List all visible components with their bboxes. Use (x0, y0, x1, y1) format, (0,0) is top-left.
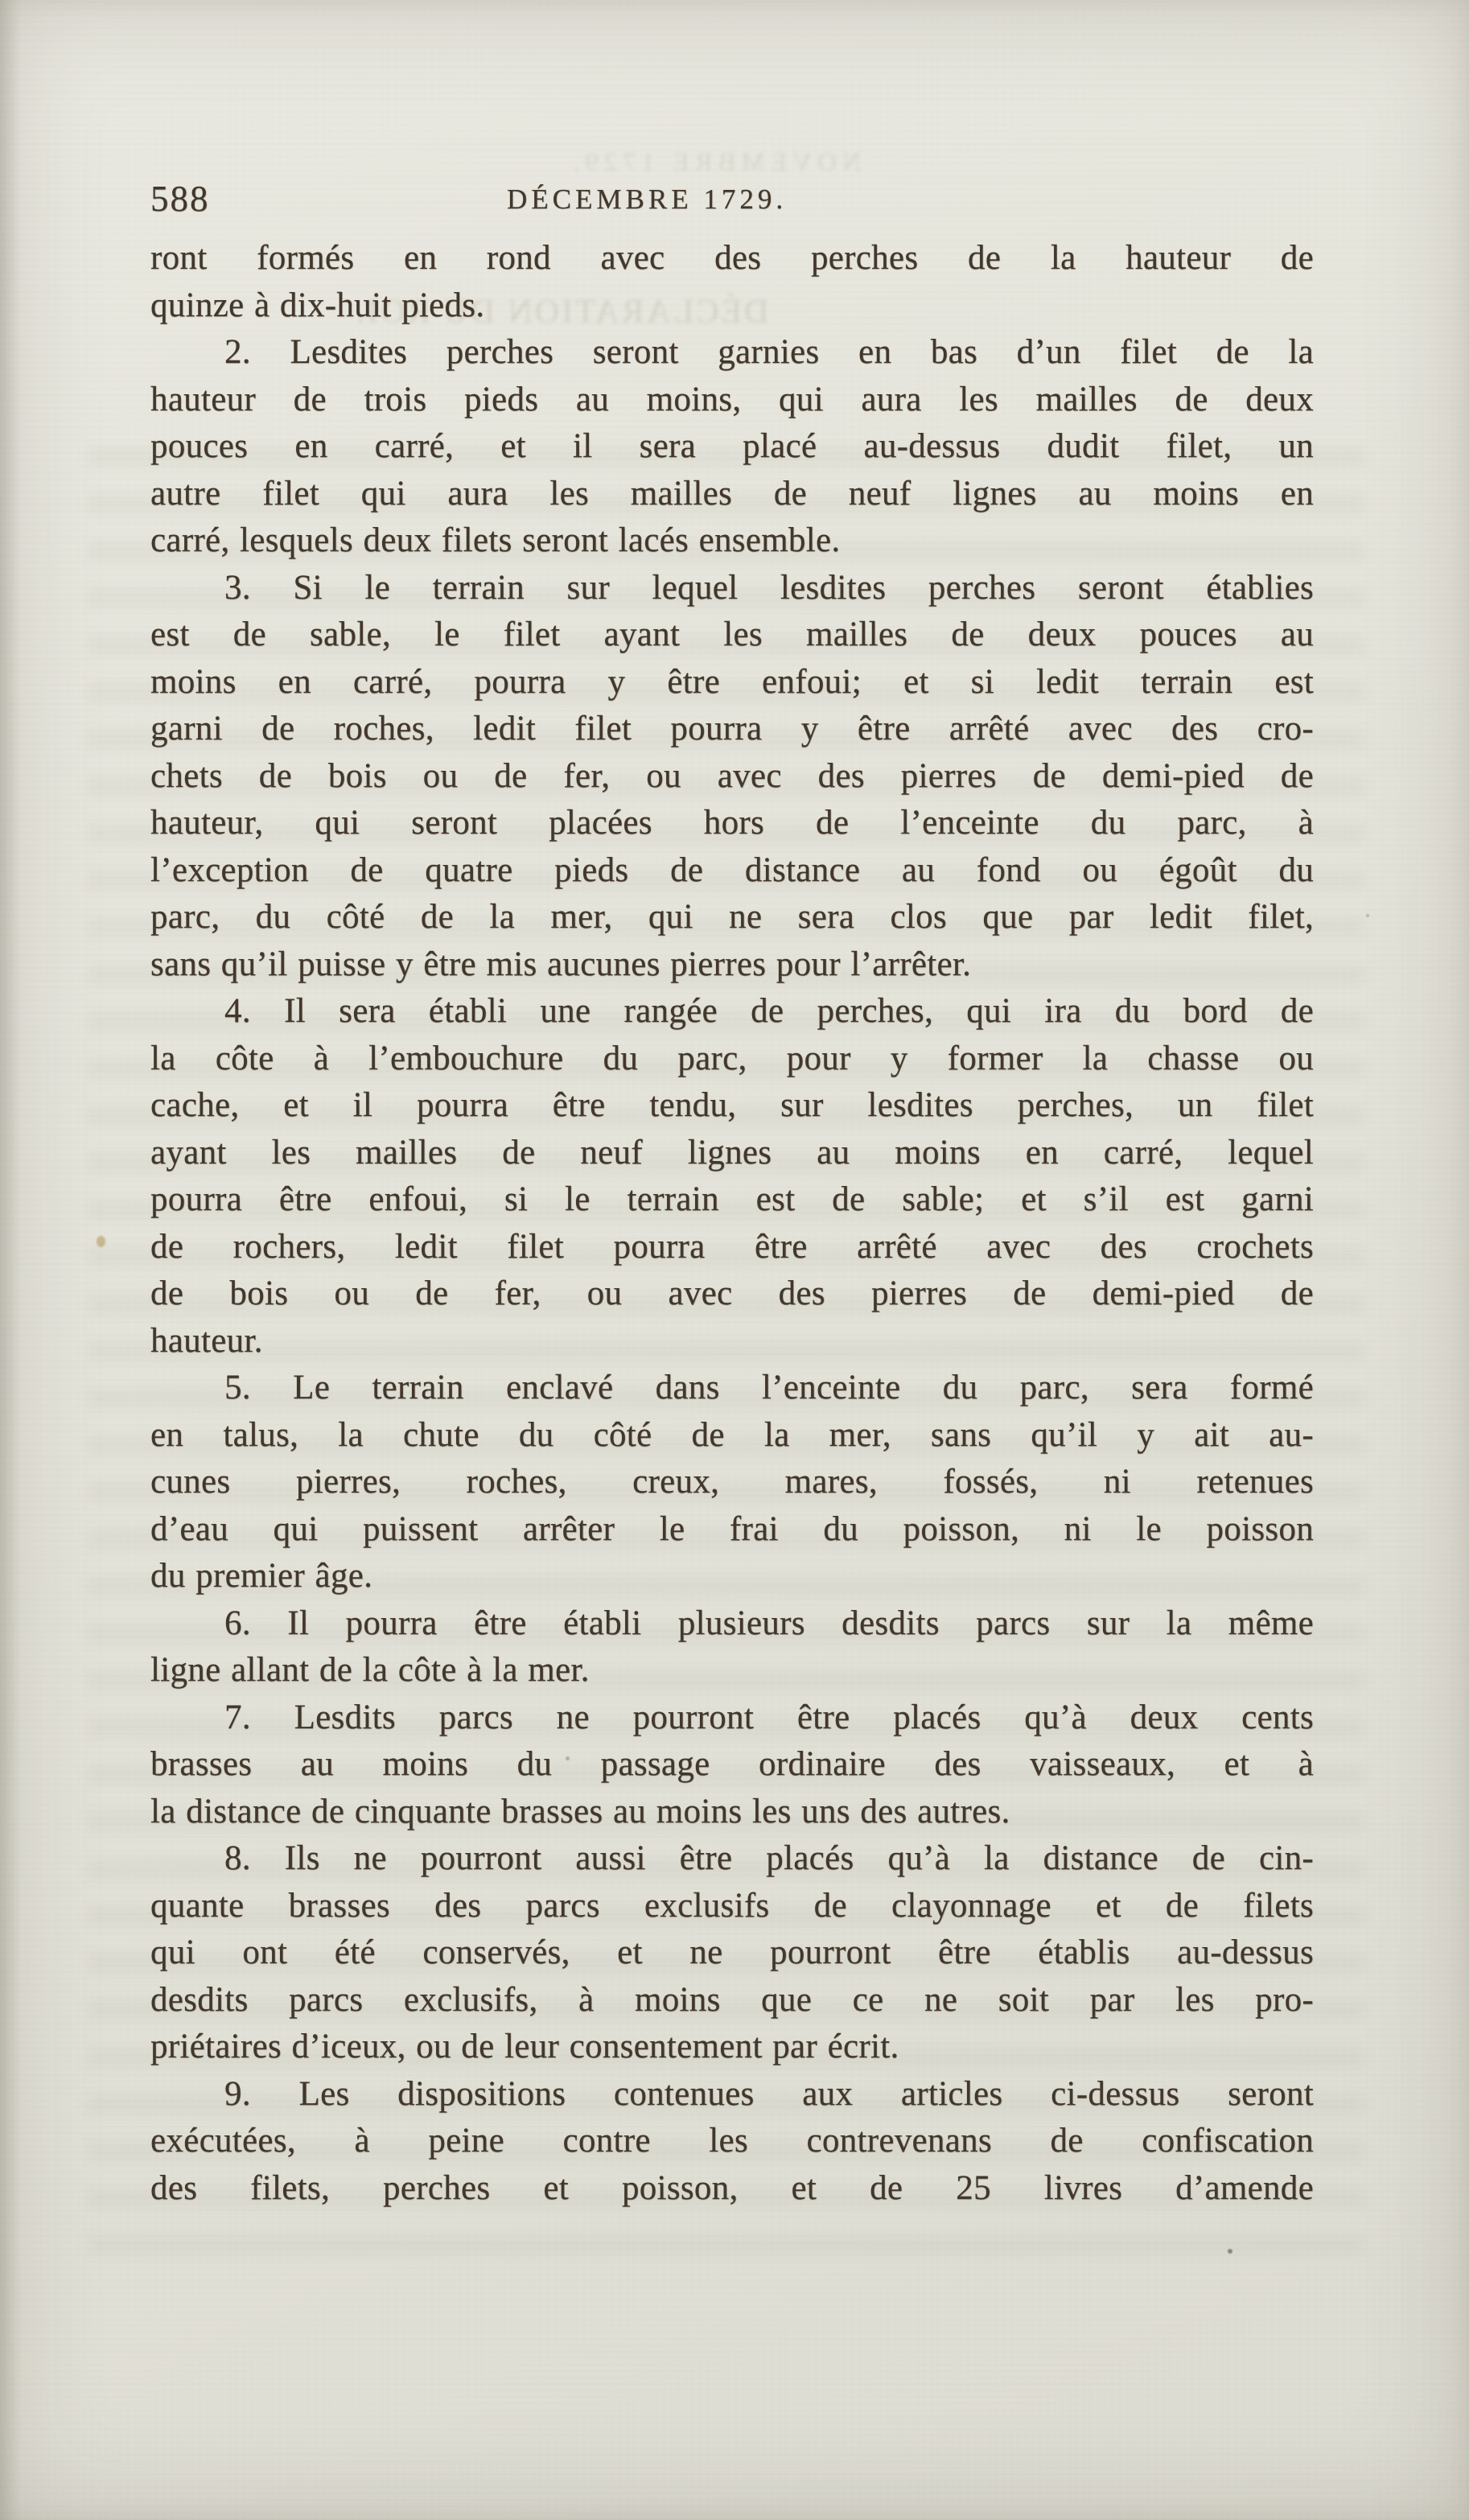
text-line: pouces en carré, et il sera placé au-des… (150, 423, 1314, 471)
text-line: 5. Le terrain enclavé dans l’enceinte du… (150, 1365, 1314, 1412)
text-line: pourra être enfoui, si le terrain est de… (150, 1176, 1314, 1224)
text-line: sans qu’il puisse y être mis aucunes pie… (150, 941, 1314, 989)
text-line: 6. Il pourra être établi plusieurs desdi… (150, 1600, 1314, 1648)
ghost-fragment-running-header-verso: NOVEMBRE 1729. (567, 148, 862, 178)
page-body: ront formés en rond avec des perches de … (150, 235, 1314, 2212)
text-line: 8. Ils ne pourront aussi être placés qu’… (150, 1835, 1314, 1883)
page-number: 588 (150, 178, 210, 220)
text-line: des filets, perches et poisson, et de 25… (150, 2165, 1314, 2213)
paper-speck (97, 1236, 105, 1247)
text-line: brasses au moins du passage ordinaire de… (150, 1741, 1314, 1789)
text-line: 3. Si le terrain sur lequel lesdites per… (150, 565, 1314, 612)
text-line: exécutées, à peine contre les contrevena… (150, 2118, 1314, 2165)
paper-speck (1228, 2249, 1232, 2254)
text-line: 9. Les dispositions contenues aux articl… (150, 2071, 1314, 2119)
text-line: du premier âge. (150, 1553, 1314, 1600)
page-left-edge-shadow (0, 0, 21, 2520)
text-line: de rochers, ledit filet pourra être arrê… (150, 1224, 1314, 1271)
text-line: carré, lesquels deux filets seront lacés… (150, 517, 1314, 565)
text-line: chets de bois ou de fer, ou avec des pie… (150, 753, 1314, 801)
text-line: cache, et il pourra être tendu, sur lesd… (150, 1082, 1314, 1130)
paper-speck (1366, 914, 1369, 917)
text-line: 4. Il sera établi une rangée de perches,… (150, 988, 1314, 1036)
text-line: hauteur, qui seront placées hors de l’en… (150, 800, 1314, 847)
text-line: autre filet qui aura les mailles de neuf… (150, 471, 1314, 518)
text-line: la distance de cinquante brasses au moin… (150, 1789, 1314, 1836)
text-line: garni de roches, ledit filet pourra y êt… (150, 706, 1314, 753)
text-line: 7. Lesdits parcs ne pourront être placés… (150, 1694, 1314, 1742)
text-line: desdits parcs exclusifs, à moins que ce … (150, 1977, 1314, 2024)
text-line: cunes pierres, roches, creux, mares, fos… (150, 1459, 1314, 1506)
text-line: est de sable, le filet ayant les mailles… (150, 611, 1314, 659)
text-line: ayant les mailles de neuf lignes au moin… (150, 1130, 1314, 1177)
text-line: moins en carré, pourra y être enfoui; et… (150, 659, 1314, 706)
running-header: DÉCEMBRE 1729. (507, 183, 787, 216)
text-line: parc, du côté de la mer, qui ne sera clo… (150, 894, 1314, 941)
text-line: quinze à dix-huit pieds. (150, 282, 1314, 330)
text-line: en talus, la chute du côté de la mer, sa… (150, 1412, 1314, 1460)
text-line: hauteur. (150, 1318, 1314, 1365)
text-line: qui ont été conservés, et ne pourront êt… (150, 1929, 1314, 1977)
text-line: quante brasses des parcs exclusifs de cl… (150, 1883, 1314, 1930)
text-line: ligne allant de la côte à la mer. (150, 1647, 1314, 1694)
text-line: de bois ou de fer, ou avec des pierres d… (150, 1270, 1314, 1318)
text-line: hauteur de trois pieds au moins, qui aur… (150, 377, 1314, 424)
text-line: d’eau qui puissent arrêter le frai du po… (150, 1506, 1314, 1554)
text-line: la côte à l’embouchure du parc, pour y f… (150, 1036, 1314, 1083)
text-line: ront formés en rond avec des perches de … (150, 235, 1314, 282)
scanned-book-page: NOVEMBRE 1729. DÉCLARATION DU ROI. 588 D… (0, 0, 1469, 2520)
text-line: 2. Lesdites perches seront garnies en ba… (150, 329, 1314, 377)
text-line: l’exception de quatre pieds de distance … (150, 847, 1314, 895)
text-line: priétaires d’iceux, ou de leur consentem… (150, 2024, 1314, 2071)
